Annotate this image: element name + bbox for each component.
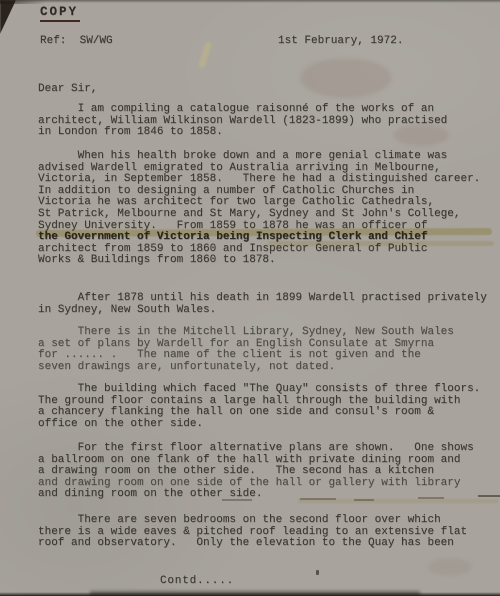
scan-edge-top <box>0 0 500 3</box>
reference-number: Ref: SW/WG <box>40 36 113 48</box>
copy-stamp: COPY <box>40 7 80 22</box>
paragraph-private-practice: After 1878 until his death in 1899 Warde… <box>38 293 500 316</box>
paragraph-career: When his health broke down and a more ge… <box>38 151 500 267</box>
letter-line-highlighted: the Government of Victoria being Inspect… <box>38 232 500 244</box>
salutation: Dear Sir, <box>38 84 97 96</box>
paragraph-mitchell-library: There is in the Mitchell Library, Sydney… <box>38 327 500 373</box>
continuation-note: Contd..... <box>160 576 234 588</box>
ink-speck <box>316 570 319 575</box>
letter-date: 1st February, 1972. <box>278 36 403 48</box>
letter-line: There is in the Mitchell Library, Sydney… <box>38 327 500 339</box>
paragraph-second-floor: There are seven bedrooms on the second f… <box>38 515 500 550</box>
letter-line: and drawing room on one side of the hall… <box>38 478 500 490</box>
paper-stain <box>428 558 472 576</box>
letter-line: Works & Buildings from 1860 to 1878. <box>38 255 500 267</box>
scan-corner-shadow-fade <box>0 0 46 4</box>
paragraph-ground-floor: The building which faced "The Quay" cons… <box>38 384 500 430</box>
letter-line: After 1878 until his death in 1899 Warde… <box>38 293 500 305</box>
paragraph-first-floor: For the first floor alternative plans ar… <box>38 443 500 501</box>
letter-line: office on the other side. <box>38 419 500 431</box>
letter-line: seven drawings are, unfortunately, not d… <box>38 362 500 374</box>
letter-line: When his health broke down and a more ge… <box>38 151 500 163</box>
yellow-diagonal-smudge <box>198 42 212 69</box>
letter-line: and dining room on the other side. <box>38 489 500 501</box>
scan-corner-shadow <box>0 0 16 34</box>
paragraph-catalogue: I am compiling a catalogue raisonné of t… <box>38 104 500 139</box>
letter-scan-page: COPY Ref: SW/WG 1st February, 1972. Dear… <box>0 0 500 596</box>
letter-line: St Patrick, Melbourne and St Mary, Sydne… <box>38 209 500 221</box>
letter-line: For the first floor alternative plans ar… <box>38 443 500 455</box>
paper-stain <box>300 58 392 98</box>
letter-line: There are seven bedrooms on the second f… <box>38 515 500 527</box>
letter-line: I am compiling a catalogue raisonné of t… <box>38 104 500 116</box>
letter-line: in Sydney, New South Wales. <box>38 305 500 317</box>
scan-edge-bottom <box>0 592 500 596</box>
letter-line: The building which faced "The Quay" cons… <box>38 384 500 396</box>
letter-line: roof and observatory. Only the elevation… <box>38 538 500 550</box>
scan-edge-bottom-smudge <box>90 591 420 596</box>
letter-line: in London from 1846 to 1858. <box>38 127 500 139</box>
